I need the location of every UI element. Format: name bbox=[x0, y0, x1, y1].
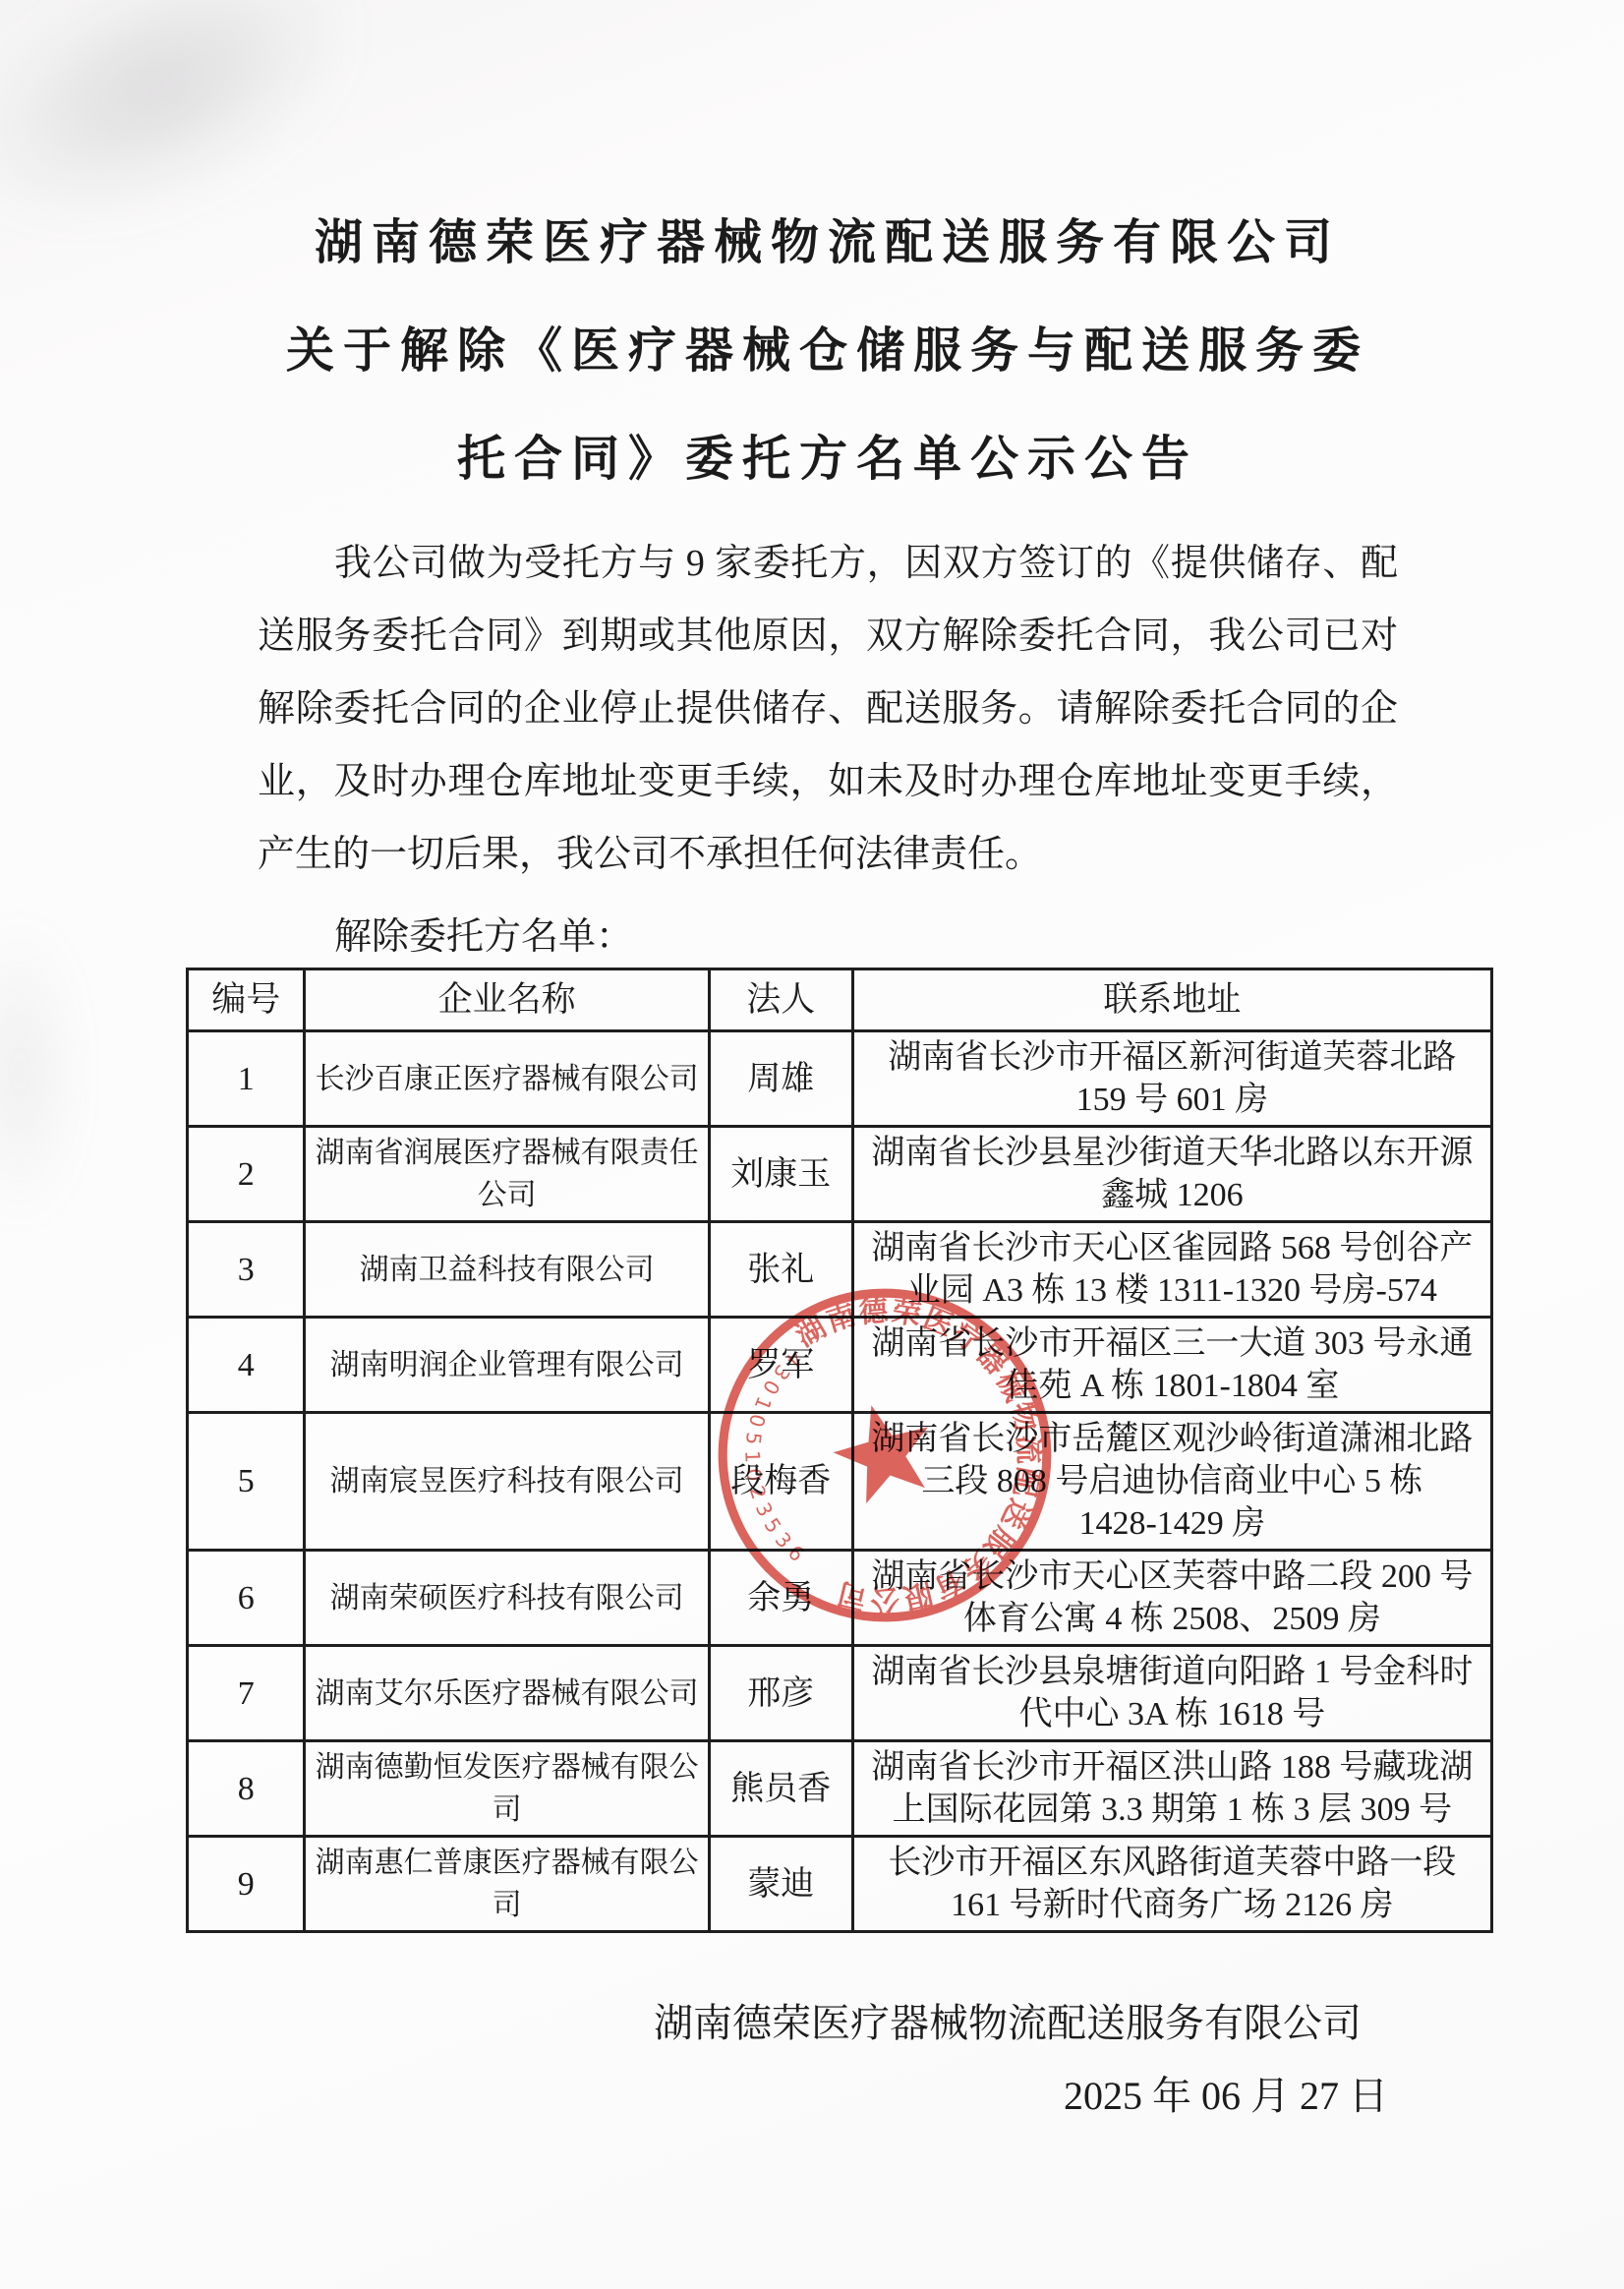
cell-address: 湖南省长沙市天心区芙蓉中路二段 200 号 体育公寓 4 栋 2508、2509… bbox=[852, 1551, 1491, 1646]
delegating-parties-table: 编号 企业名称 法人 联系地址 1 长沙百康正医疗器械有限公司 周雄 湖南省长沙… bbox=[186, 968, 1493, 1933]
cell-company-name: 湖南艾尔乐医疗器械有限公司 bbox=[305, 1646, 709, 1741]
paragraph-line: 解除委托合同的企业停止提供储存、配送服务。请解除委托合同的企 bbox=[258, 673, 1398, 745]
cell-address: 湖南省长沙县泉塘街道向阳路 1 号金科时 代中心 3A 栋 1618 号 bbox=[852, 1646, 1491, 1741]
document-title: 湖南德荣医疗器械物流配送服务有限公司 关于解除《医疗器械仓储服务与配送服务委 托… bbox=[258, 189, 1398, 513]
cell-company-name: 湖南省润展医疗器械有限责任 公司 bbox=[305, 1127, 709, 1222]
list-label: 解除委托方名单： bbox=[334, 907, 1398, 968]
table-row: 4 湖南明润企业管理有限公司 罗军 湖南省长沙市开福区三一大道 303 号永通 … bbox=[188, 1318, 1492, 1413]
title-line: 湖南德荣医疗器械物流配送服务有限公司 bbox=[258, 189, 1398, 297]
cell-number: 4 bbox=[188, 1318, 305, 1413]
cell-address: 湖南省长沙市岳麓区观沙岭街道潇湘北路 三段 808 号启迪协信商业中心 5 栋 … bbox=[852, 1413, 1491, 1551]
cell-company-name: 湖南卫益科技有限公司 bbox=[305, 1222, 709, 1318]
cell-company-name: 湖南明润企业管理有限公司 bbox=[305, 1318, 709, 1413]
table-row: 6 湖南荣硕医疗科技有限公司 余勇 湖南省长沙市天心区芙蓉中路二段 200 号 … bbox=[188, 1551, 1492, 1646]
cell-legal-person: 罗军 bbox=[709, 1318, 852, 1413]
paragraph-line: 业，及时办理仓库地址变更手续，如未及时办理仓库地址变更手续， bbox=[258, 745, 1398, 818]
col-header-legal-person: 法人 bbox=[709, 969, 852, 1031]
cell-address: 湖南省长沙县星沙街道天华北路以东开源 鑫城 1206 bbox=[852, 1127, 1491, 1222]
table-row: 8 湖南德勤恒发医疗器械有限公 司 熊员香 湖南省长沙市开福区洪山路 188 号… bbox=[188, 1741, 1492, 1837]
cell-address: 湖南省长沙市开福区三一大道 303 号永通 佳苑 A 栋 1801-1804 室 bbox=[852, 1318, 1491, 1413]
cell-legal-person: 周雄 bbox=[709, 1031, 852, 1127]
cell-address: 湖南省长沙市开福区洪山路 188 号藏珑湖 上国际花园第 3.3 期第 1 栋 … bbox=[852, 1741, 1491, 1837]
cell-address: 湖南省长沙市开福区新河街道芙蓉北路 159 号 601 房 bbox=[852, 1031, 1491, 1127]
title-line: 关于解除《医疗器械仓储服务与配送服务委 bbox=[258, 297, 1398, 405]
cell-address: 湖南省长沙市天心区雀园路 568 号创谷产 业园 A3 栋 13 楼 1311-… bbox=[852, 1222, 1491, 1318]
table-row: 1 长沙百康正医疗器械有限公司 周雄 湖南省长沙市开福区新河街道芙蓉北路 159… bbox=[188, 1031, 1492, 1127]
delegating-parties-table-wrap: 编号 企业名称 法人 联系地址 1 长沙百康正医疗器械有限公司 周雄 湖南省长沙… bbox=[186, 968, 1493, 1933]
cell-legal-person: 熊员香 bbox=[709, 1741, 852, 1837]
col-header-address: 联系地址 bbox=[852, 969, 1491, 1031]
signature-date: 2025 年 06 月 27 日 bbox=[0, 2069, 1624, 2124]
cell-number: 3 bbox=[188, 1222, 305, 1318]
cell-company-name: 湖南惠仁普康医疗器械有限公 司 bbox=[305, 1837, 709, 1932]
cell-company-name: 长沙百康正医疗器械有限公司 bbox=[305, 1031, 709, 1127]
cell-number: 1 bbox=[188, 1031, 305, 1127]
paragraph-line: 送服务委托合同》到期或其他原因，双方解除委托合同，我公司已对 bbox=[258, 600, 1398, 673]
paragraph-line: 产生的一切后果，我公司不承担任何法律责任。 bbox=[258, 818, 1398, 891]
cell-legal-person: 余勇 bbox=[709, 1551, 852, 1646]
cell-number: 7 bbox=[188, 1646, 305, 1741]
table-row: 9 湖南惠仁普康医疗器械有限公 司 蒙迪 长沙市开福区东风路街道芙蓉中路一段 1… bbox=[188, 1837, 1492, 1932]
cell-legal-person: 张礼 bbox=[709, 1222, 852, 1318]
cell-number: 5 bbox=[188, 1413, 305, 1551]
cell-address: 长沙市开福区东风路街道芙蓉中路一段 161 号新时代商务广场 2126 房 bbox=[852, 1837, 1491, 1932]
paragraph-line: 我公司做为受托方与 9 家委托方，因双方签订的《提供储存、配 bbox=[258, 527, 1398, 600]
cell-legal-person: 段梅香 bbox=[709, 1413, 852, 1551]
cell-number: 2 bbox=[188, 1127, 305, 1222]
cell-number: 9 bbox=[188, 1837, 305, 1932]
table-row: 2 湖南省润展医疗器械有限责任 公司 刘康玉 湖南省长沙县星沙街道天华北路以东开… bbox=[188, 1127, 1492, 1222]
scanned-announcement-page: { "document": { "title_lines": [ "湖南德荣医疗… bbox=[0, 0, 1624, 2289]
cell-legal-person: 刘康玉 bbox=[709, 1127, 852, 1222]
cell-number: 6 bbox=[188, 1551, 305, 1646]
table-row: 3 湖南卫益科技有限公司 张礼 湖南省长沙市天心区雀园路 568 号创谷产 业园… bbox=[188, 1222, 1492, 1318]
body-paragraph: 我公司做为受托方与 9 家委托方，因双方签订的《提供储存、配 送服务委托合同》到… bbox=[258, 527, 1398, 891]
table-row: 7 湖南艾尔乐医疗器械有限公司 邢彦 湖南省长沙县泉塘街道向阳路 1 号金科时 … bbox=[188, 1646, 1492, 1741]
signature-block: 湖南德荣医疗器械物流配送服务有限公司 2025 年 06 月 27 日 bbox=[0, 1996, 1624, 2124]
table-row: 5 湖南宸昱医疗科技有限公司 段梅香 湖南省长沙市岳麓区观沙岭街道潇湘北路 三段… bbox=[188, 1413, 1492, 1551]
cell-legal-person: 邢彦 bbox=[709, 1646, 852, 1741]
document-content: 湖南德荣医疗器械物流配送服务有限公司 关于解除《医疗器械仓储服务与配送服务委 托… bbox=[0, 0, 1624, 968]
title-line: 托合同》委托方名单公示公告 bbox=[258, 405, 1398, 513]
signature-company: 湖南德荣医疗器械物流配送服务有限公司 bbox=[0, 1996, 1624, 2051]
cell-legal-person: 蒙迪 bbox=[709, 1837, 852, 1932]
cell-number: 8 bbox=[188, 1741, 305, 1837]
table-header-row: 编号 企业名称 法人 联系地址 bbox=[188, 969, 1492, 1031]
cell-company-name: 湖南宸昱医疗科技有限公司 bbox=[305, 1413, 709, 1551]
col-header-company: 企业名称 bbox=[305, 969, 709, 1031]
col-header-number: 编号 bbox=[188, 969, 305, 1031]
cell-company-name: 湖南德勤恒发医疗器械有限公 司 bbox=[305, 1741, 709, 1837]
cell-company-name: 湖南荣硕医疗科技有限公司 bbox=[305, 1551, 709, 1646]
